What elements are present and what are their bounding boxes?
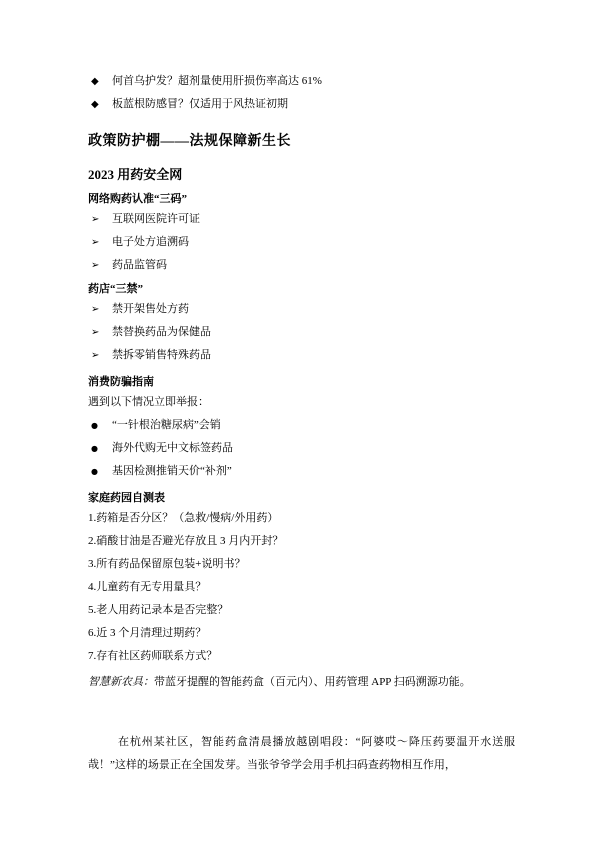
self-test-checklist: 1.药箱是否分区？（急救/慢病/外用药） 2.硝酸甘油是否避光存放且 3 月内开… — [88, 507, 515, 668]
list-item-text: “一针根治糖尿病”会销 — [112, 414, 515, 437]
myth-busting-list: ◆ 何首乌护发？超剂量使用肝损伤率高达 61% ◆ 板蓝根防感冒？仅适用于风热证… — [88, 70, 515, 116]
arrow-bullet-icon: ➢ — [88, 208, 112, 231]
list-item-text: 禁开架售处方药 — [112, 298, 515, 321]
subhead-pharmacy-bans: 药店“三禁” — [88, 281, 515, 298]
disc-bullet-icon: ● — [88, 414, 112, 437]
list-item: ➢ 药品监管码 — [88, 254, 515, 277]
arrow-bullet-icon: ➢ — [88, 231, 112, 254]
checklist-item: 5.老人用药记录本是否完整？ — [88, 599, 515, 622]
subhead-self-test: 家庭药园自测表 — [88, 490, 515, 507]
list-item-text: 基因检测推销天价“补剂” — [112, 460, 515, 483]
document-page: ◆ 何首乌护发？超剂量使用肝损伤率高达 61% ◆ 板蓝根防感冒？仅适用于风热证… — [0, 0, 595, 841]
checklist-item: 2.硝酸甘油是否避光存放且 3 月内开封？ — [88, 530, 515, 553]
subhead-online-purchase: 网络购药认准“三码” — [88, 191, 515, 208]
list-item: ➢ 禁替换药品为保健品 — [88, 321, 515, 344]
section-heading-policy: 政策防护棚——法规保障新生长 — [88, 131, 515, 152]
list-item-text: 禁拆零销售特殊药品 — [112, 344, 515, 367]
list-item: ● 海外代购无中文标签药品 — [88, 437, 515, 460]
diamond-bullet-icon: ◆ — [88, 70, 112, 93]
closing-paragraph: 在杭州某社区，智能药盒清晨播放越剧唱段：“阿婆哎～降压药要温开水送服哉！”这样的… — [88, 731, 515, 777]
list-item-text: 海外代购无中文标签药品 — [112, 437, 515, 460]
list-item: ◆ 板蓝根防感冒？仅适用于风热证初期 — [88, 93, 515, 116]
list-item-text: 板蓝根防感冒？仅适用于风热证初期 — [112, 93, 515, 116]
subsection-heading-safety-net: 2023 用药安全网 — [88, 165, 515, 184]
checklist-item: 4.儿童药有无专用量具？ — [88, 576, 515, 599]
list-item: ◆ 何首乌护发？超剂量使用肝损伤率高达 61% — [88, 70, 515, 93]
list-item: ➢ 禁拆零销售特殊药品 — [88, 344, 515, 367]
pharmacy-bans-list: ➢ 禁开架售处方药 ➢ 禁替换药品为保健品 ➢ 禁拆零销售特殊药品 — [88, 298, 515, 367]
list-item-text: 药品监管码 — [112, 254, 515, 277]
smart-tool-lead: 智慧新农具： — [88, 676, 154, 688]
subhead-anti-fraud: 消费防骗指南 — [88, 374, 515, 391]
list-item-text: 互联网医院许可证 — [112, 208, 515, 231]
arrow-bullet-icon: ➢ — [88, 344, 112, 367]
smart-tool-line: 智慧新农具：带蓝牙提醒的智能药盒（百元内）、用药管理 APP 扫码溯源功能。 — [88, 671, 515, 694]
arrow-bullet-icon: ➢ — [88, 254, 112, 277]
arrow-bullet-icon: ➢ — [88, 298, 112, 321]
list-item-text: 电子处方追溯码 — [112, 231, 515, 254]
list-item: ➢ 电子处方追溯码 — [88, 231, 515, 254]
anti-fraud-intro: 遇到以下情况立即举报： — [88, 391, 515, 414]
anti-fraud-list: ● “一针根治糖尿病”会销 ● 海外代购无中文标签药品 ● 基因检测推销天价“补… — [88, 414, 515, 483]
checklist-item: 1.药箱是否分区？（急救/慢病/外用药） — [88, 507, 515, 530]
disc-bullet-icon: ● — [88, 460, 112, 483]
arrow-bullet-icon: ➢ — [88, 321, 112, 344]
online-purchase-list: ➢ 互联网医院许可证 ➢ 电子处方追溯码 ➢ 药品监管码 — [88, 208, 515, 277]
list-item: ● 基因检测推销天价“补剂” — [88, 460, 515, 483]
checklist-item: 7.存有社区药师联系方式？ — [88, 645, 515, 668]
disc-bullet-icon: ● — [88, 437, 112, 460]
checklist-item: 6.近 3 个月清理过期药？ — [88, 622, 515, 645]
list-item: ● “一针根治糖尿病”会销 — [88, 414, 515, 437]
list-item: ➢ 禁开架售处方药 — [88, 298, 515, 321]
document-content: ◆ 何首乌护发？超剂量使用肝损伤率高达 61% ◆ 板蓝根防感冒？仅适用于风热证… — [0, 0, 595, 777]
list-item-text: 禁替换药品为保健品 — [112, 321, 515, 344]
list-item-text: 何首乌护发？超剂量使用肝损伤率高达 61% — [112, 70, 515, 93]
smart-tool-text: 带蓝牙提醒的智能药盒（百元内）、用药管理 APP 扫码溯源功能。 — [154, 676, 471, 688]
checklist-item: 3.所有药品保留原包装+说明书？ — [88, 553, 515, 576]
diamond-bullet-icon: ◆ — [88, 93, 112, 116]
list-item: ➢ 互联网医院许可证 — [88, 208, 515, 231]
